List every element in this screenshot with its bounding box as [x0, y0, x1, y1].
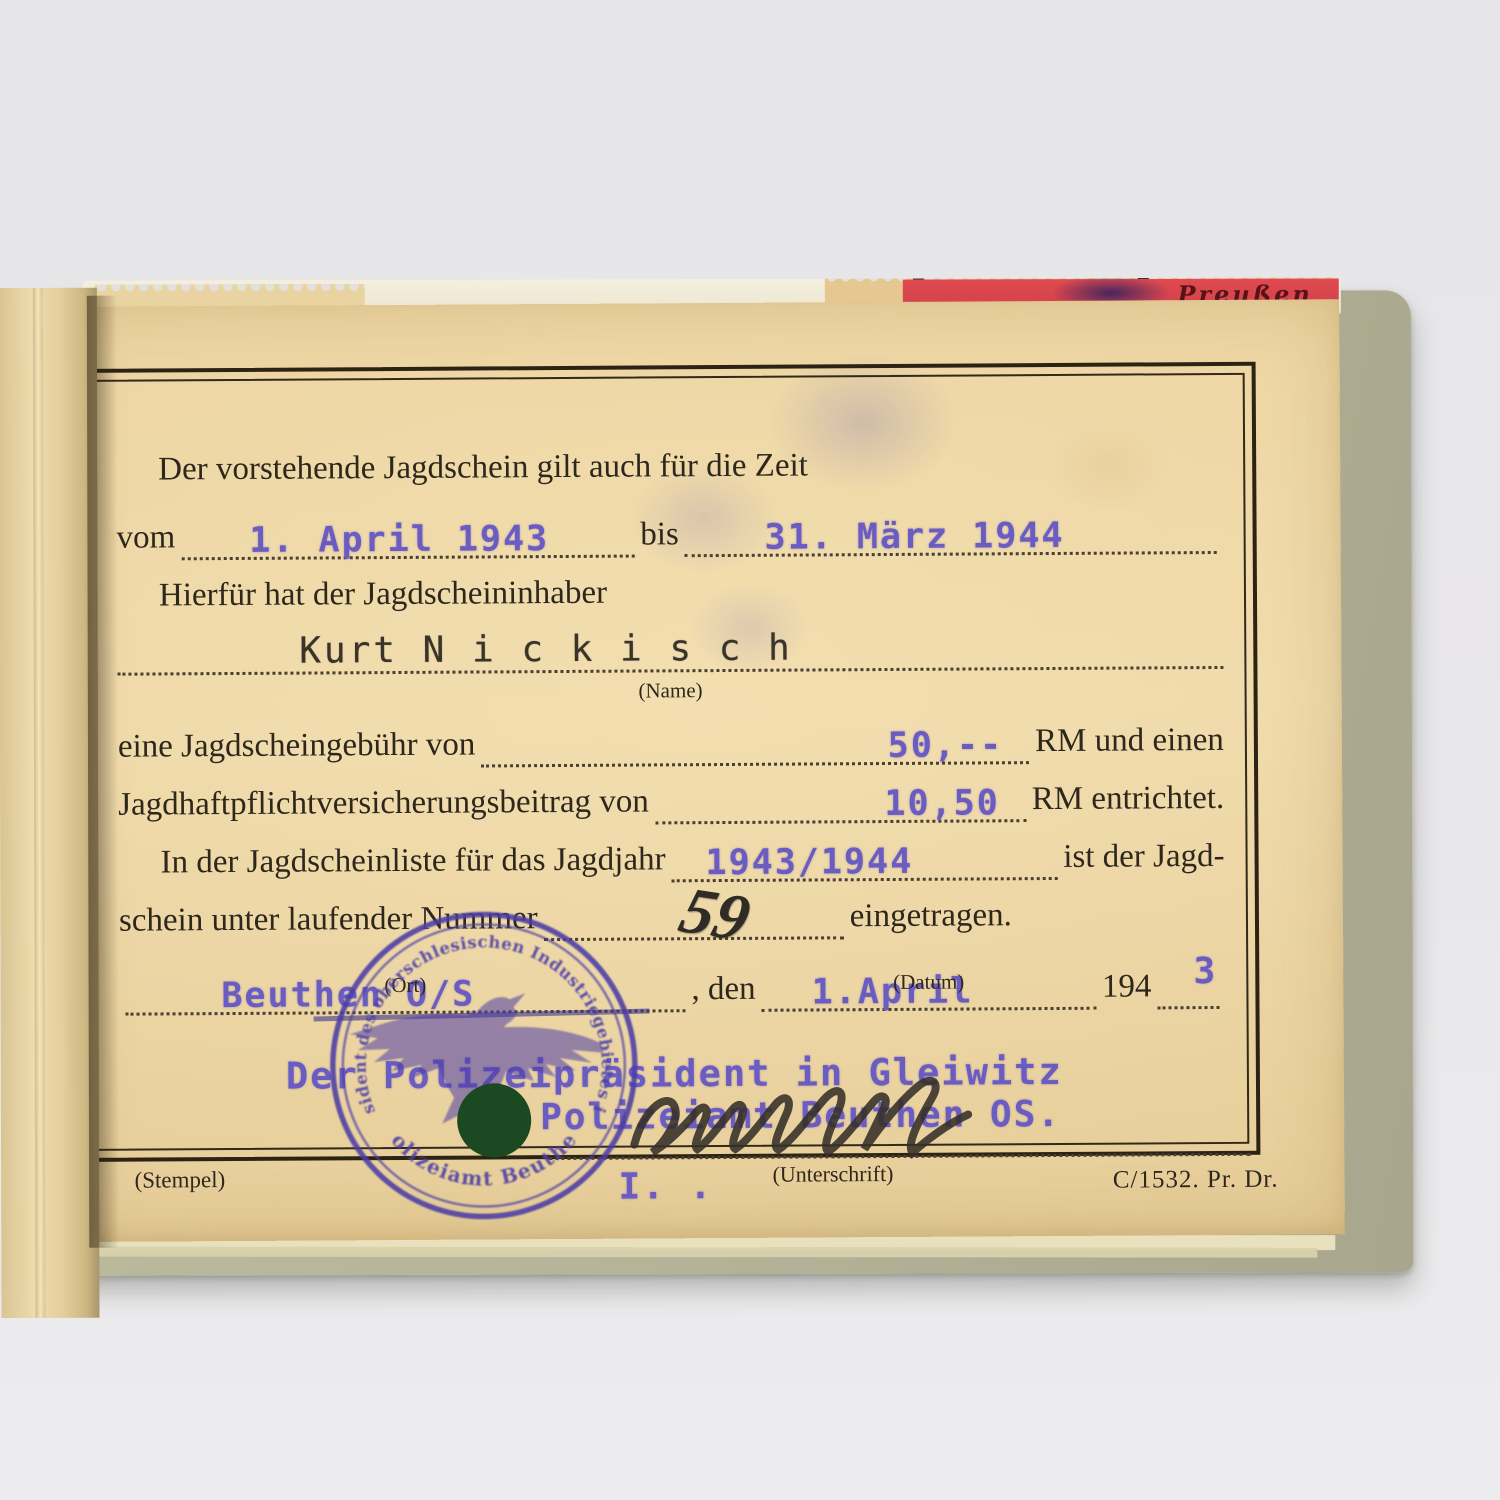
form-print-code: C/1532. Pr. Dr.	[1113, 1166, 1279, 1195]
fee-field: 50,--	[481, 715, 1029, 767]
list-suffix: ist der Jagd-	[1063, 838, 1225, 880]
place-date-line: Beuthen O/S (Ort) , den 1.April (Datum) …	[119, 963, 1225, 1016]
stempel-caption: (Stempel)	[134, 1167, 225, 1194]
perforation-edge	[95, 284, 365, 295]
hunting-license-booklet: Preußen Der vorstehende Jagdschein gilt …	[0, 0, 1500, 1500]
validity-line: vom 1. April 1943 bis 31. März 1944	[116, 508, 1222, 561]
list-prefix: In der Jagdscheinliste für das Jagdjahr	[160, 841, 665, 885]
bis-value: 31. März 1944	[764, 516, 1064, 558]
liability-field: 10,50	[655, 773, 1026, 824]
police-seal-stamp: Polizeipräsident des oberschlesischen In…	[303, 884, 665, 1246]
date-caption: (Datum)	[761, 969, 1095, 996]
liability-label: Jagdhaftpflichtversicherungsbeitrag von	[118, 783, 649, 827]
number-line: schein unter laufender Nummer 59 eingetr…	[119, 891, 1225, 944]
gutter-shadow	[87, 296, 119, 1248]
year-printed: 194	[1102, 968, 1152, 1009]
name-field: Kurt N i c k i s c h	[117, 614, 1223, 676]
holder-name: Kurt N i c k i s c h	[299, 628, 793, 672]
fee-line: eine Jagdscheingebühr von 50,-- RM und e…	[118, 717, 1224, 770]
booklet-spine-fold	[0, 288, 99, 1318]
vom-value: 1. April 1943	[249, 519, 549, 561]
number-value: 59	[671, 873, 758, 956]
den-label: , den	[691, 971, 755, 1012]
vom-label: vom	[117, 519, 176, 560]
intro-line: Der vorstehende Jagdschein gilt auch für…	[116, 440, 1222, 493]
bis-field: 31. März 1944	[685, 505, 1217, 557]
liability-suffix: RM entrichtet.	[1032, 780, 1225, 822]
holder-text: Hierfür hat der Jagdscheininhaber	[159, 575, 607, 619]
holder-line: Hierfür hat der Jagdscheininhaber	[117, 566, 1223, 619]
date-field: 1.April (Datum)	[761, 961, 1096, 1012]
vom-field: 1. April 1943	[181, 509, 634, 561]
year-written: 3	[1193, 951, 1217, 992]
bis-label: bis	[640, 516, 679, 557]
name-caption: (Name)	[117, 669, 1223, 712]
license-extension-page: Der vorstehende Jagdschein gilt auch für…	[67, 299, 1345, 1242]
caption-spacer	[120, 1009, 1226, 1046]
liability-value: 10,50	[884, 783, 1000, 824]
list-line: In der Jagdscheinliste für das Jagdjahr …	[118, 833, 1224, 886]
jagdjahr-field: 1943/1944	[671, 831, 1057, 882]
signature-stroke	[634, 1081, 968, 1155]
jagdjahr-value: 1943/1944	[705, 842, 913, 883]
handwritten-signature	[612, 1046, 1033, 1189]
intro-text: Der vorstehende Jagdschein gilt auch für…	[158, 447, 808, 492]
fee-value: 50,--	[888, 725, 1004, 766]
censor-dot	[457, 1083, 531, 1157]
number-suffix: eingetragen.	[850, 897, 1012, 939]
year-field: 3	[1157, 960, 1219, 1009]
liability-line: Jagdhaftpflichtversicherungsbeitrag von …	[118, 775, 1224, 828]
fee-label: eine Jagdscheingebühr von	[118, 727, 476, 770]
photo-scene: Preußen Der vorstehende Jagdschein gilt …	[0, 0, 1500, 1500]
page-bottom-edge	[89, 1247, 1317, 1258]
fee-suffix: RM und einen	[1035, 722, 1224, 764]
